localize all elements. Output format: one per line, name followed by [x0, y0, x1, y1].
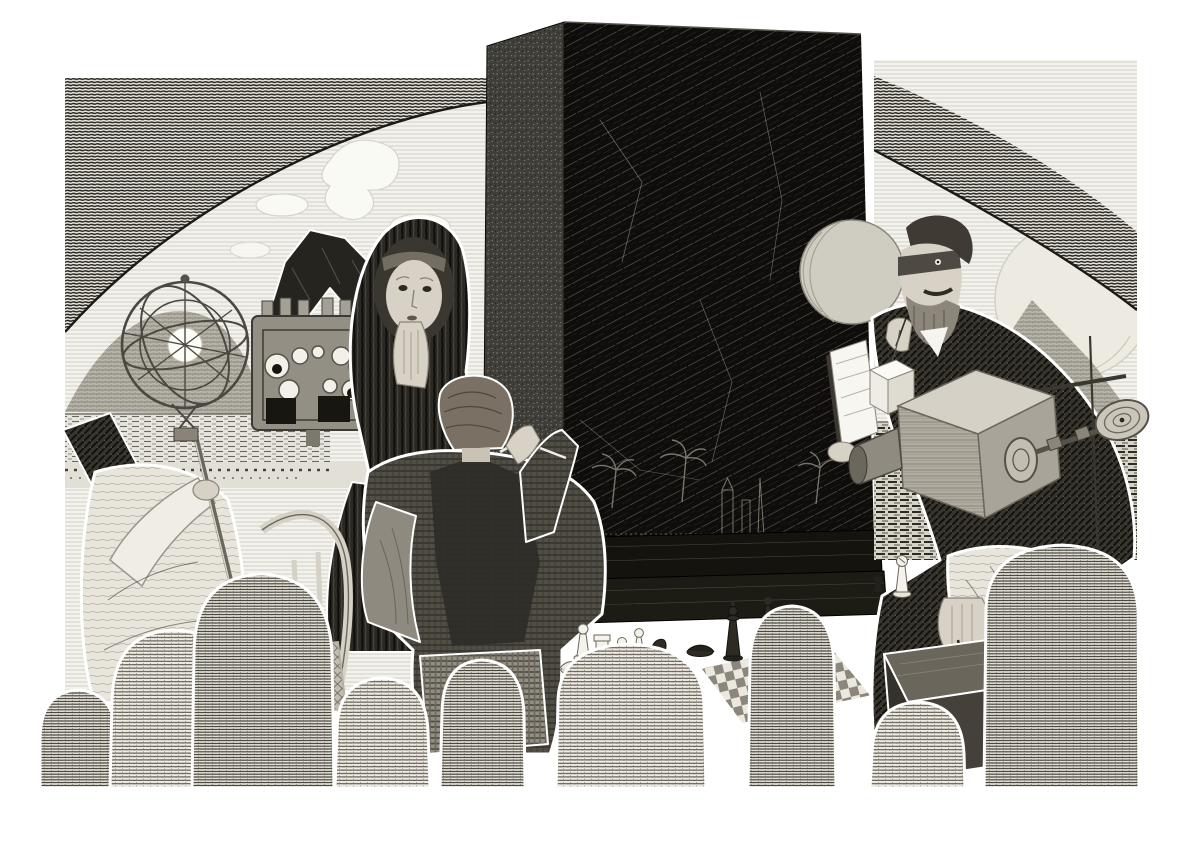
crowd-head: [748, 606, 836, 788]
crowd-head: [335, 678, 430, 788]
lens-cap: [849, 446, 867, 484]
crowd-head: [192, 574, 334, 788]
crowd-head: [556, 644, 706, 788]
camera-disc: [1005, 438, 1037, 482]
crowd-head: [440, 660, 525, 788]
player-neck: [462, 448, 490, 462]
woman-mouth: [407, 316, 417, 321]
hand: [193, 480, 219, 500]
machine-stem: [306, 430, 320, 446]
player-left-sleeve: [362, 502, 420, 642]
woman-face: [386, 260, 442, 332]
machine-slot: [266, 398, 296, 424]
crowd-head: [40, 690, 118, 788]
crowd-head: [870, 702, 965, 788]
engraving-collage: [0, 0, 1200, 859]
artwork-stage: [0, 0, 1200, 859]
crowd-head: [984, 545, 1139, 788]
player-hair: [439, 376, 513, 450]
machine-slot: [318, 396, 350, 422]
